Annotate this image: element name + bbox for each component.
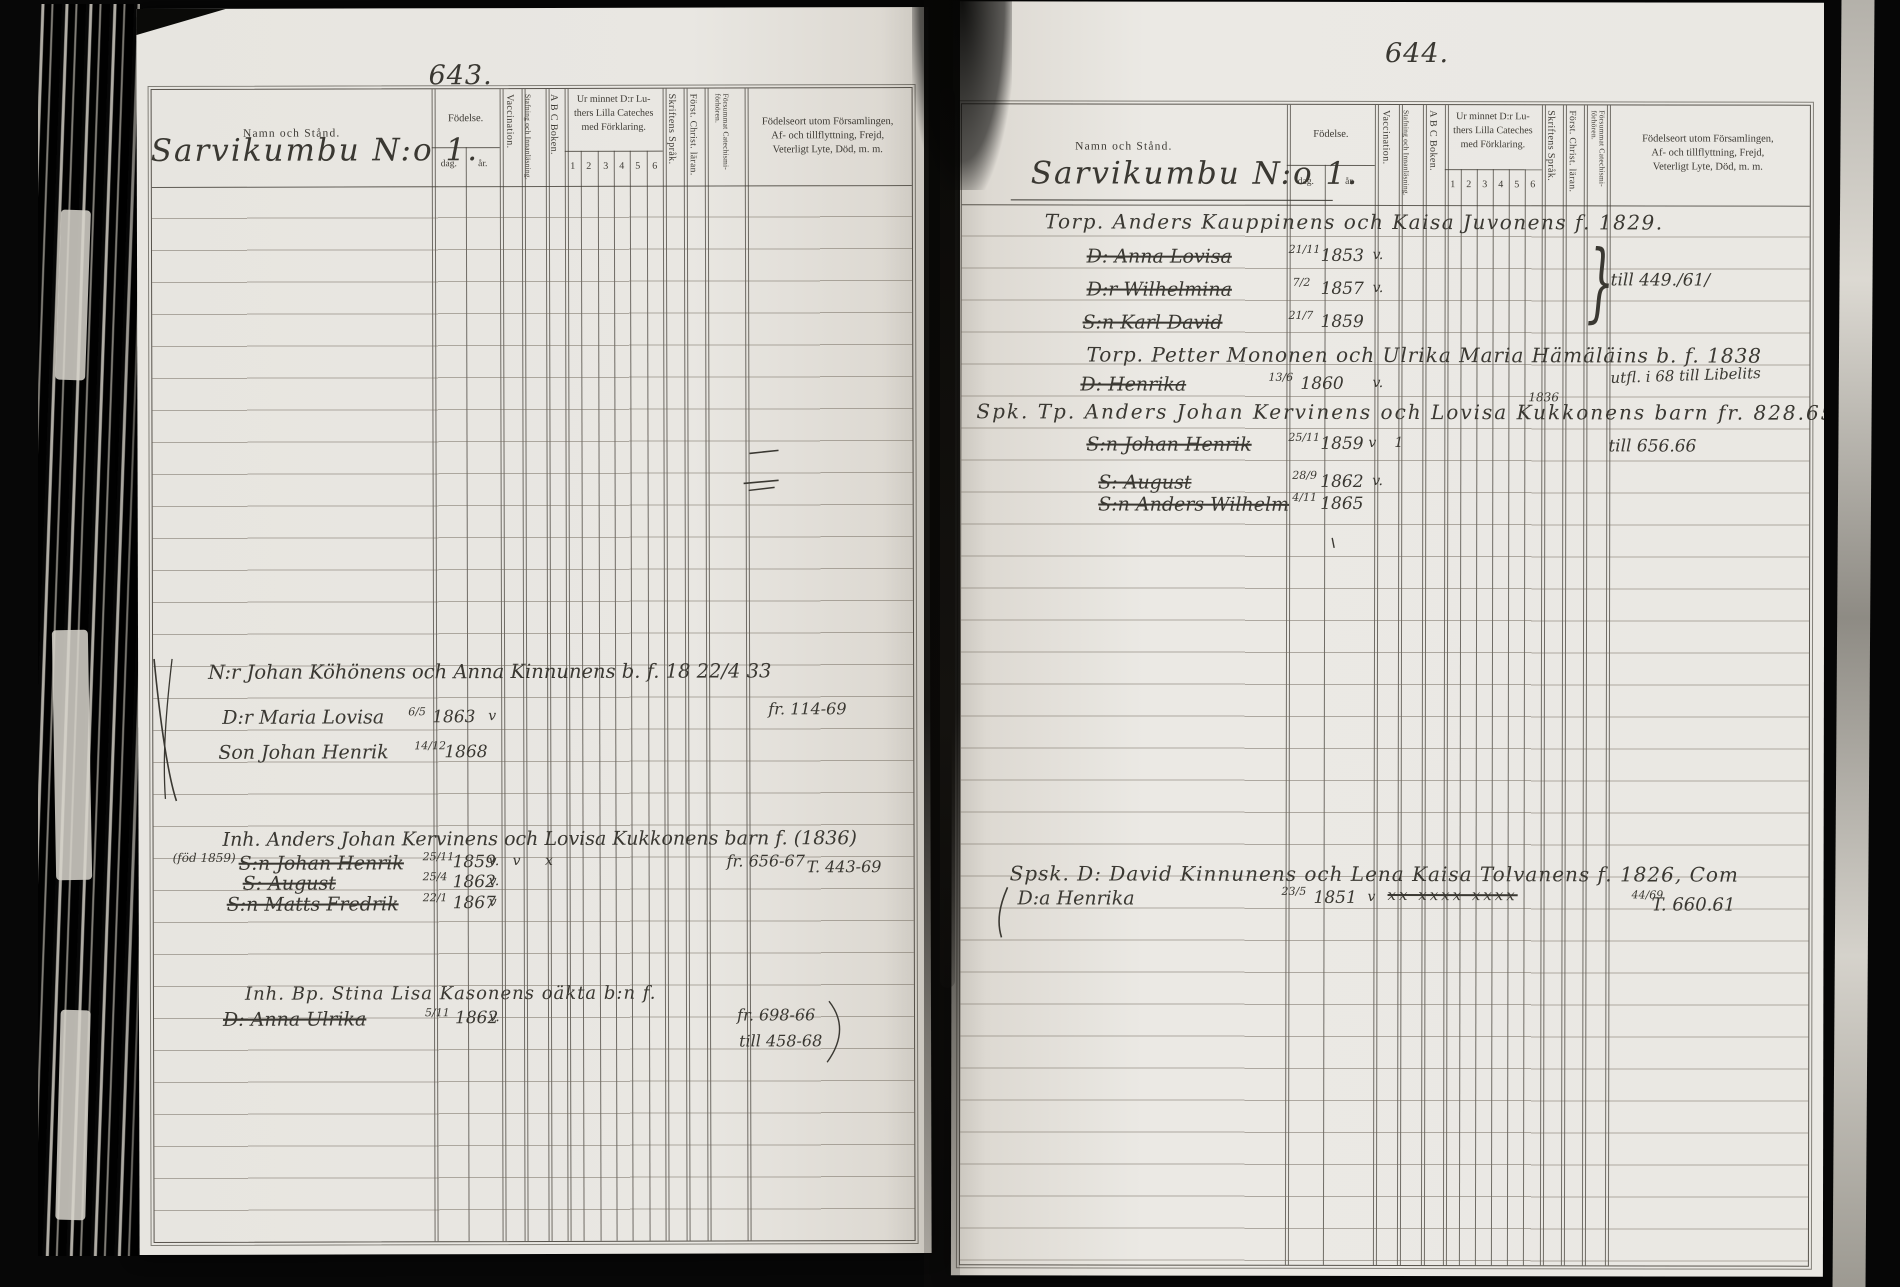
cateches-col-1: 1 bbox=[570, 161, 575, 172]
col-forsummat: Försummat Catechismi-förhören. bbox=[714, 93, 730, 183]
col-stafning: Stafning och Innanläsning. bbox=[524, 94, 532, 184]
col-namn-och-stand: Namn och Stånd. bbox=[1075, 140, 1173, 152]
col-vaccination: Vaccination. bbox=[1380, 110, 1391, 165]
col-skriftens-sprak: Skriftens Språk. bbox=[1545, 110, 1556, 181]
child-name: D:r Wilhelmina bbox=[1087, 278, 1232, 300]
cateches-col-6: 6 bbox=[1530, 179, 1535, 190]
reference-note: fr. 656-67 bbox=[727, 851, 805, 870]
birth-year: 1865 bbox=[1320, 494, 1363, 514]
book-scan: 643. Namn och Stånd. Födelse. bbox=[0, 0, 1900, 1287]
vaccination-mark: v. bbox=[1373, 280, 1384, 296]
family-head: Inh. Bp. Stina Lisa Kasonens oäkta b:n f… bbox=[245, 983, 657, 1005]
birth-day: 25/4 bbox=[423, 870, 448, 883]
family-head: Torp. Petter Mononen och Ulrika Maria Hä… bbox=[1086, 342, 1762, 367]
vaccination-mark: v. bbox=[489, 853, 500, 869]
cateches-col-1: 1 bbox=[1450, 179, 1455, 190]
village-title: Sarvikumbu N:o 1. bbox=[1031, 155, 1359, 192]
birth-year: 1857 bbox=[1321, 279, 1364, 299]
birth-year: 1859 bbox=[1321, 312, 1364, 332]
family-head: Spk. Tp. Anders Johan Kervinens och Lovi… bbox=[976, 399, 1835, 424]
cateches-col-4: 4 bbox=[1498, 179, 1503, 190]
birth-year: 1859 bbox=[1320, 434, 1363, 454]
birth-day: 28/9 bbox=[1292, 469, 1317, 482]
col-forst-christ: Först. Christ. läran. bbox=[1566, 110, 1576, 192]
col-fodelse: Födelse. bbox=[448, 113, 483, 124]
book-page-edges-right bbox=[1824, 0, 1900, 1287]
col-vaccination: Vaccination. bbox=[504, 94, 515, 149]
col-forsummat: Försummat Catechismi-förhören. bbox=[1590, 110, 1606, 202]
village-title: Sarvikumbu N:o 1. bbox=[151, 132, 479, 169]
col-cateches-line2: thers Lilla Cateches bbox=[574, 108, 653, 119]
col-stafning: Stafning och Innanläsning. bbox=[1402, 110, 1410, 202]
child-name: S: August bbox=[1098, 471, 1191, 493]
col-cateches-line1: Ur minnet D:r Lu- bbox=[577, 94, 651, 105]
child-name: S:n Matts Fredrik bbox=[227, 893, 399, 915]
vaccination-mark: v. bbox=[489, 1009, 500, 1025]
child-name: S:n Anders Wilhelm bbox=[1098, 493, 1289, 515]
margin-note: (föd 1859) bbox=[173, 851, 236, 865]
col-cateches-line3: med Förklaring. bbox=[1461, 139, 1525, 150]
header-rule bbox=[565, 151, 663, 152]
col-abc-boken: A B C Boken. bbox=[548, 94, 559, 155]
reference-note: fr. 698-66 bbox=[737, 1005, 815, 1024]
col-abc-boken: A B C Boken. bbox=[1427, 110, 1438, 171]
birth-year: 1863 bbox=[432, 707, 475, 727]
exam-mark: 1 bbox=[1394, 435, 1403, 451]
child-name: Son Johan Henrik bbox=[218, 741, 388, 763]
birth-year: 1868 bbox=[444, 742, 487, 762]
birth-year: 1860 bbox=[1300, 374, 1343, 394]
birth-day: 23/5 bbox=[1282, 885, 1307, 898]
page-edge-highlight bbox=[55, 210, 91, 381]
birth-day: 25/11 bbox=[1288, 431, 1320, 444]
child-name: S:n Karl David bbox=[1083, 311, 1223, 333]
birth-day: 25/11 bbox=[423, 850, 455, 863]
reference-note: T. 660.61 bbox=[1652, 894, 1736, 915]
birth-year: 1851 bbox=[1314, 888, 1357, 908]
cateches-col-4: 4 bbox=[619, 161, 624, 172]
vaccination-mark: v. bbox=[489, 873, 500, 889]
cateches-col-3: 3 bbox=[603, 161, 608, 172]
child-name: S:n Johan Henrik bbox=[1086, 433, 1251, 455]
cateches-col-6: 6 bbox=[652, 161, 657, 172]
vaccination-mark: v. bbox=[1373, 247, 1384, 263]
birth-day: 4/11 bbox=[1292, 491, 1317, 504]
page-edge-highlight bbox=[55, 1010, 90, 1221]
cateches-col-2: 2 bbox=[586, 161, 591, 172]
child-name: S:n Johan Henrik bbox=[239, 852, 404, 874]
birth-day: 21/11 bbox=[1289, 243, 1321, 256]
family-head: Torp. Anders Kauppinens och Kaisa Juvone… bbox=[1045, 209, 1664, 234]
child-name: D: Anna Lovisa bbox=[1087, 245, 1232, 267]
reference-note: till 458-68 bbox=[739, 1031, 822, 1050]
page-number: 643. bbox=[429, 60, 493, 91]
family-head: N:r Johan Köhönens och Anna Kinnunens b.… bbox=[208, 659, 771, 683]
left-page: 643. Namn och Stånd. Födelse. bbox=[136, 7, 931, 1255]
corner-shadow bbox=[136, 9, 226, 35]
page-edge-highlight bbox=[52, 630, 92, 881]
page-number: 644. bbox=[1385, 38, 1449, 69]
child-name: D:a Henrika bbox=[1018, 887, 1135, 909]
reference-note: T. 443-69 bbox=[807, 857, 882, 876]
right-page: 644. Namn och Stånd. Födelse. dag. år. bbox=[951, 1, 1825, 1277]
col-cateches-line1: Ur minnet D:r Lu- bbox=[1456, 111, 1530, 122]
col-forst-christ: Först. Christ. läran. bbox=[687, 94, 697, 176]
reference-note: fr. 114-69 bbox=[768, 699, 846, 718]
vaccination-mark: v bbox=[488, 708, 496, 724]
col-cateches-line3: med Förklaring. bbox=[581, 122, 645, 133]
birth-year: 1862 bbox=[1320, 472, 1363, 492]
vaccination-mark: v. bbox=[1372, 375, 1383, 391]
col-fodelseort-line1: Födelseort utom Församlingen, bbox=[762, 116, 894, 127]
reference-note: till 449./61/ bbox=[1611, 270, 1711, 290]
header-rule bbox=[1445, 169, 1542, 170]
child-name: D: Henrika bbox=[1080, 373, 1186, 395]
col-ar: år. bbox=[478, 159, 487, 169]
birth-day: 14/12 bbox=[414, 739, 446, 752]
col-cateches-line2: thers Lilla Cateches bbox=[1453, 125, 1532, 136]
birth-day: 6/5 bbox=[408, 705, 426, 718]
col-fodelseort-line1: Födelseort utom Församlingen, bbox=[1642, 133, 1774, 144]
exam-marks: v x bbox=[513, 853, 563, 869]
vaccination-mark: v bbox=[489, 894, 497, 910]
exam-marks: xx xxxx xxxx bbox=[1388, 886, 1518, 904]
col-fodelse: Födelse. bbox=[1313, 129, 1348, 140]
birth-day: 7/2 bbox=[1293, 276, 1311, 289]
binding-top-shadow bbox=[912, 0, 1012, 190]
child-name: S: August bbox=[243, 873, 336, 895]
family-head: Inh. Anders Johan Kervinens och Lovisa K… bbox=[223, 827, 857, 851]
superscript-year: 1836 bbox=[1528, 390, 1559, 404]
page-edge-highlight bbox=[1832, 0, 1874, 1287]
vaccination-mark: v bbox=[1368, 435, 1376, 451]
col-fodelseort-line3: Veterligt Lyte, Död, m. m. bbox=[773, 144, 883, 155]
family-head: Spsk. D: David Kinnunens och Lena Kaisa … bbox=[1010, 861, 1739, 886]
birth-day: 21/7 bbox=[1289, 309, 1314, 322]
cateches-col-5: 5 bbox=[1514, 179, 1519, 190]
birth-year: 1853 bbox=[1321, 246, 1364, 266]
col-fodelseort-line3: Veterligt Lyte, Död, m. m. bbox=[1653, 161, 1763, 172]
birth-day: 13/6 bbox=[1268, 371, 1293, 384]
reference-note: till 656.66 bbox=[1608, 436, 1696, 456]
col-fodelseort-line2: Af- och tillflyttning, Frejd, bbox=[771, 130, 884, 141]
cateches-col-2: 2 bbox=[1466, 179, 1471, 190]
vaccination-mark: v bbox=[1368, 889, 1376, 905]
child-name: D:r Maria Lovisa bbox=[222, 706, 384, 728]
cateches-col-3: 3 bbox=[1482, 179, 1487, 190]
col-fodelseort-line2: Af- och tillflyttning, Frejd, bbox=[1651, 147, 1764, 158]
child-name: D: Anna Ulrika bbox=[223, 1008, 366, 1030]
cateches-col-5: 5 bbox=[635, 161, 640, 172]
col-skriftens-sprak: Skriftens Språk. bbox=[666, 94, 677, 165]
birth-day: 22/1 bbox=[423, 891, 448, 904]
vaccination-mark: v. bbox=[1372, 473, 1383, 489]
birth-day: 5/11 bbox=[425, 1006, 450, 1019]
binding-dark-band bbox=[940, 88, 955, 988]
